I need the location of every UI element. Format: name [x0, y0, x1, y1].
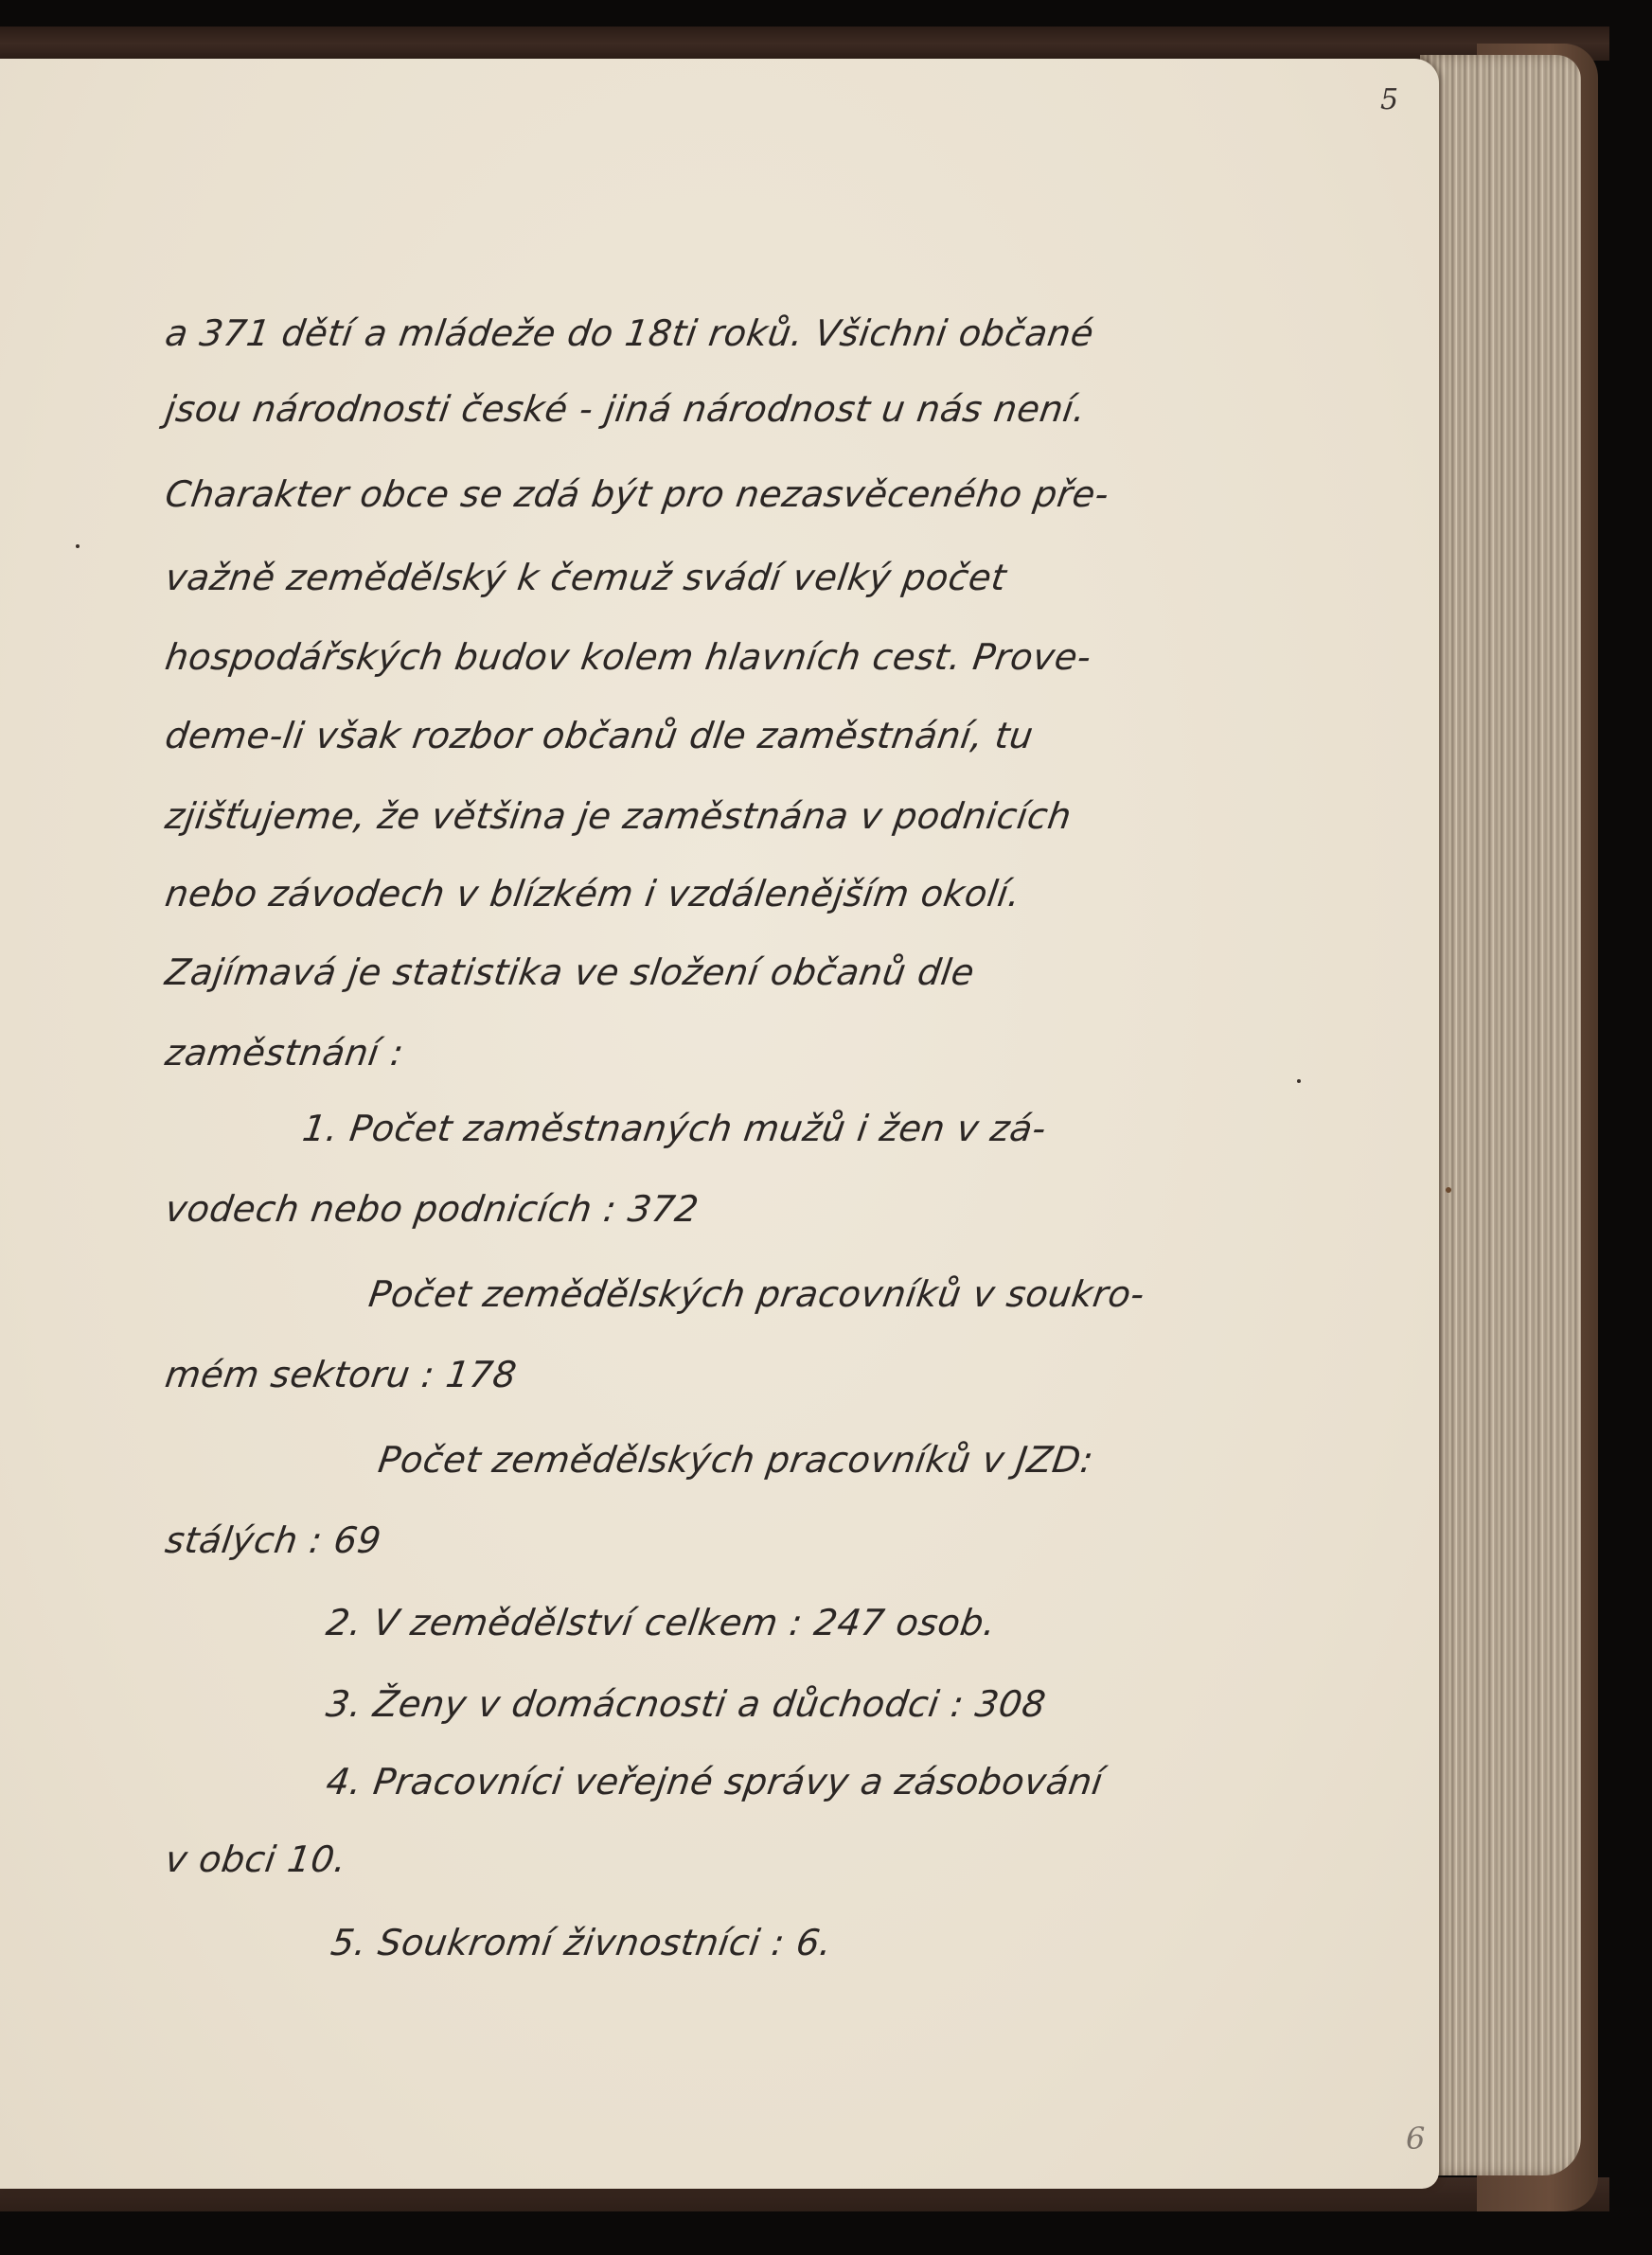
text-line: vodech nebo podnicích : 372 — [163, 1188, 702, 1230]
page-number-bottom: 6 — [1406, 2121, 1425, 2157]
list-item-4: 4. Pracovníci veřejné správy a zásobován… — [324, 1761, 1106, 1802]
text-line: zaměstnání : — [163, 1032, 406, 1074]
text-line: Charakter obce se zdá být pro nezasvěcen… — [163, 473, 1111, 515]
text-line: v obci 10. — [163, 1838, 349, 1880]
text-line: Počet zemědělských pracovníků v soukro- — [366, 1273, 1147, 1315]
text-line: Počet zemědělských pracovníků v JZD: — [376, 1439, 1096, 1481]
text-line: a 371 dětí a mládeže do 18ti roků. Všich… — [163, 312, 1096, 354]
text-line: Zajímavá je statistika ve složení občanů… — [163, 951, 977, 993]
text-line: važně zemědělský k čemuž svádí velký poč… — [163, 557, 1009, 598]
list-item-2: 2. V zemědělství celkem : 247 osob. — [324, 1602, 999, 1643]
text-line: mém sektoru : 178 — [163, 1354, 520, 1395]
list-item-1: 1. Počet zaměstnaných mužů i žen v zá- — [300, 1108, 1049, 1149]
text-line: zjišťujeme, že většina je zaměstnána v p… — [163, 795, 1075, 837]
list-item-5: 5. Soukromí živnostníci : 6. — [329, 1922, 835, 1963]
text-line: jsou národnosti české - jiná národnost u… — [163, 388, 1089, 430]
page-stack-edges — [1420, 55, 1581, 2175]
text-line: deme-li však rozbor občanů dle zaměstnán… — [163, 715, 1036, 756]
paper-speck — [76, 544, 80, 548]
paper-speck — [1297, 1079, 1301, 1083]
page-number-top: 5 — [1380, 83, 1398, 116]
text-line: stálých : 69 — [163, 1519, 384, 1561]
list-item-3: 3. Ženy v domácnosti a důchodci : 308 — [324, 1683, 1049, 1725]
book-cover-top-edge — [0, 27, 1609, 61]
paper-speck — [1446, 1187, 1451, 1193]
text-line: hospodářských budov kolem hlavních cest.… — [163, 636, 1094, 678]
text-line: nebo závodech v blízkém i vzdálenějším o… — [163, 873, 1023, 914]
